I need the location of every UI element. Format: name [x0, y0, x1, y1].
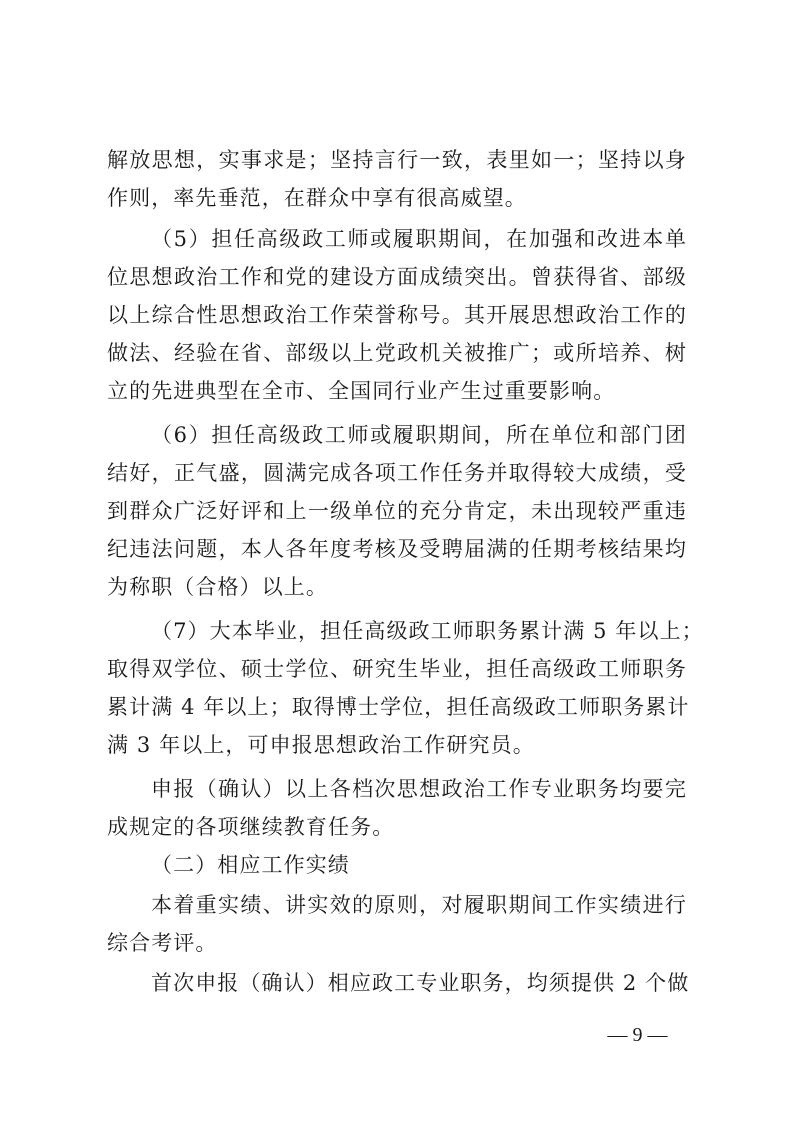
- first-application-line: 首次申报（确认）相应政工专业职务，均须提供 2 个做: [151, 968, 687, 998]
- document-page: 解放思想，实事求是；坚持言行一致，表里如一；坚持以身 作则，率先垂范，在群众中享…: [0, 0, 793, 1122]
- page-number: — 9 —: [600, 1022, 675, 1048]
- text-line-10: 到群众广泛好评和上一级单位的充分肯定，未出现较严重违: [107, 496, 687, 526]
- text-line-14: 取得双学位、硕士学位、研究生毕业，担任高级政工师职务: [107, 654, 687, 684]
- item-6-heading-line: （6）担任高级政工师或履职期间，所在单位和部门团: [151, 420, 687, 450]
- text-line-21: 综合考评。: [107, 928, 687, 958]
- text-line-16: 满 3 年以上，可申报思想政治工作研究员。: [107, 730, 687, 760]
- text-line-4: 位思想政治工作和党的建设方面成绩突出。曾获得省、部级: [107, 262, 687, 292]
- section-heading-work-performance: （二）相应工作实绩: [151, 850, 687, 880]
- text-line-1: 解放思想，实事求是；坚持言行一致，表里如一；坚持以身: [107, 145, 687, 175]
- text-line-7: 立的先进典型在全市、全国同行业产生过重要影响。: [107, 376, 687, 406]
- text-line-9: 结好，正气盛，圆满完成各项工作任务并取得较大成绩，受: [107, 458, 687, 488]
- text-line-6: 做法、经验在省、部级以上党政机关被推广；或所培养、树: [107, 338, 687, 368]
- text-line-15: 累计满 4 年以上；取得博士学位，担任高级政工师职务累计: [107, 692, 687, 722]
- item-7-heading-line: （7）大本毕业，担任高级政工师职务累计满 5 年以上；: [151, 616, 687, 646]
- performance-principle-line: 本着重实绩、讲实效的原则，对履职期间工作实绩进行: [151, 890, 687, 920]
- text-line-18: 成规定的各项继续教育任务。: [107, 812, 687, 842]
- text-line-5: 以上综合性思想政治工作荣誉称号。其开展思想政治工作的: [107, 300, 687, 330]
- text-line-2: 作则，率先垂范，在群众中享有很高威望。: [107, 183, 687, 213]
- text-line-11: 纪违法问题，本人各年度考核及受聘届满的任期考核结果均: [107, 534, 687, 564]
- item-5-heading-line: （5）担任高级政工师或履职期间，在加强和改进本单: [151, 224, 687, 254]
- text-line-12: 为称职（合格）以上。: [107, 572, 687, 602]
- continuing-education-paragraph-line: 申报（确认）以上各档次思想政治工作专业职务均要完: [151, 774, 687, 804]
